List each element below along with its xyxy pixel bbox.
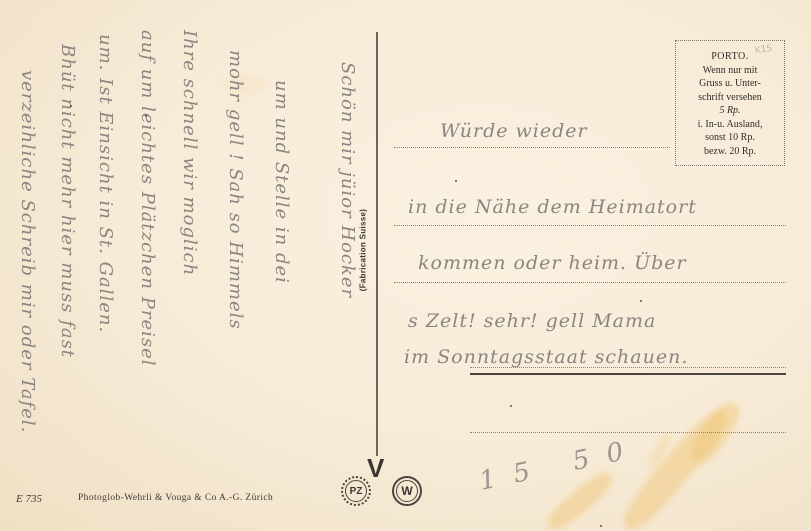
pencil-price: 15 50 (477, 433, 644, 497)
handwritten-line: kommen oder heim. Über (418, 252, 687, 274)
w-mark-label: W (401, 484, 412, 498)
speck (70, 105, 72, 107)
speck (510, 405, 512, 407)
pencil-mark: K15 (754, 43, 773, 59)
porto-line: 5 Rp. (676, 104, 784, 118)
handwritten-message-line: Schön mir jüior Hocker (337, 62, 358, 298)
pz-mark-label: PZ (350, 486, 363, 497)
speck (640, 300, 642, 302)
handwritten-message-line: um und Stelle in dei (271, 80, 292, 284)
address-line-5 (470, 432, 786, 433)
handwritten-message-line: mohr gell ! Sah so Himmels (225, 50, 246, 330)
address-line-3 (394, 282, 786, 283)
pz-seal-icon: PZ (341, 476, 371, 506)
center-divider (376, 32, 378, 456)
address-line-1 (394, 147, 670, 148)
fabrication-imprint: (Fabrication Suisse) (359, 209, 368, 291)
handwritten-line: in die Nähe dem Heimatort (408, 196, 697, 218)
handwritten-message-line: Ihre schnell wir moglich (179, 30, 200, 276)
handwritten-message-line: Bhüt nicht mehr hier muss fast (57, 44, 78, 358)
handwritten-message-line: verzeihliche Schreib mir oder Tafel. (17, 70, 38, 433)
porto-stamp-box: K15 PORTO. Wenn nur mit Gruss u. Unter- … (675, 40, 785, 166)
address-line-2 (394, 225, 786, 226)
address-line-underline (470, 373, 786, 375)
porto-line: bezw. 20 Rp. (676, 145, 784, 159)
speck (455, 180, 457, 182)
postcard-back: (Fabrication Suisse) K15 PORTO. Wenn nur… (0, 0, 811, 531)
porto-line: sonst 10 Rp. (676, 131, 784, 145)
porto-line: i. In-u. Ausland, (676, 118, 784, 132)
speck (145, 115, 147, 117)
handwritten-line: s Zelt! sehr! gell Mama (408, 310, 656, 332)
speck (600, 525, 602, 527)
publisher-imprint: Photoglob-Wehrli & Vouga & Co A.-G. Züri… (78, 493, 273, 503)
w-logo: W (392, 476, 422, 506)
catalog-code: E 735 (16, 493, 42, 505)
porto-line: Wenn nur mit (676, 64, 784, 78)
handwritten-message-line: um. Ist Einsicht in St. Gallen. (95, 34, 116, 333)
w-seal-icon: W (392, 476, 422, 506)
handwritten-message-line: auf um leichtes Plätzchen Preisel (137, 30, 158, 367)
handwritten-line: im Sonntagsstaat schauen. (404, 346, 688, 368)
porto-line: schrift versehen (676, 91, 784, 105)
handwritten-line: Würde wieder (440, 120, 588, 142)
porto-line: Gruss u. Unter- (676, 77, 784, 91)
pz-logo: PZ (341, 476, 371, 506)
